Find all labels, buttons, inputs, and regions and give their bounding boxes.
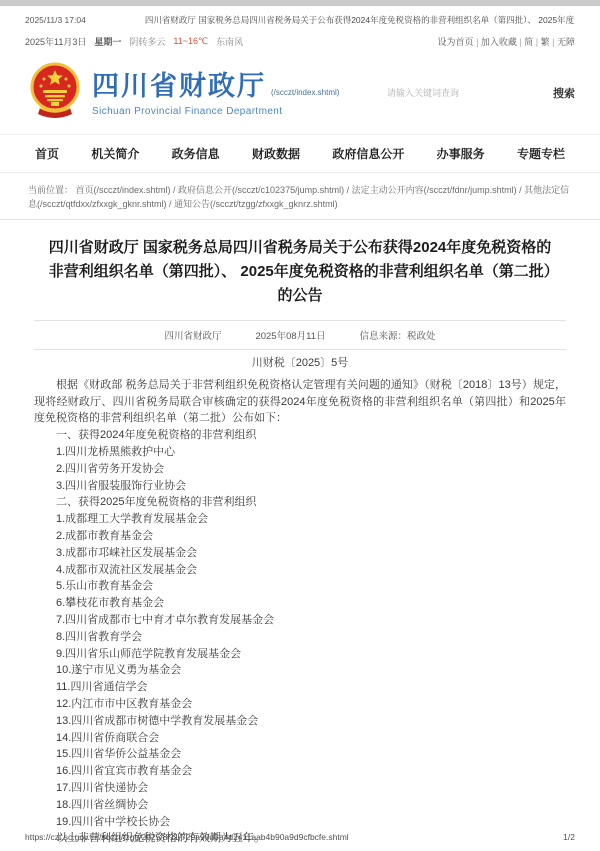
breadcrumb: 当前位置： 首页(/scczt/index.shtml) / 政府信息公开(/s… [0,173,600,220]
topbar-link[interactable]: 设为首页 [438,35,474,48]
org-list-item: 15.四川省华侨公益基金会 [34,746,566,763]
nav-item[interactable]: 专题专栏 [517,145,565,162]
nav-item[interactable]: 机关简介 [91,145,139,162]
print-footer-page-number: 1/2 [563,832,575,842]
org-list-item: 2.四川省劳务开发协会 [34,461,566,478]
meta-info-source: 信息来源：税政处 [360,328,436,342]
topbar-date: 2025年11月3日 [25,35,86,48]
site-name-english: Sichuan Provincial Finance Department [92,106,339,117]
org-list-item: 6.攀枝花市教育基金会 [34,595,566,612]
org-list-item: 17.四川省快递协会 [34,780,566,797]
site-masthead: 四川省财政厅 (/scczt/index.shtml) Sichuan Prov… [0,48,600,128]
topbar-links: 设为首页加入收藏简繁无障 [438,35,575,48]
print-preview-page: 2025/11/3 17:04 四川省财政厅 国家税务总局四川省税务局关于公布获… [0,0,600,851]
article-meta: 四川省财政厅 2025年08月11日 信息来源：税政处 [34,320,566,350]
article-body: 根据《财政部 税务总局关于非营利组织免税资格认定管理有关问题的通知》（财税〔20… [34,377,566,847]
nav-item[interactable]: 首页 [35,145,59,162]
org-list-item: 3.成都市邛崃社区发展基金会 [34,545,566,562]
org-list-item: 13.四川省成都市树德中学教育发展基金会 [34,713,566,730]
document-number: 川财税〔2025〕5号 [34,355,566,372]
section2-list: 1.成都理工大学教育发展基金会2.成都市教育基金会3.成都市邛崃社区发展基金会4… [34,511,566,830]
topbar-link[interactable]: 无障 [550,35,575,48]
breadcrumb-label: 当前位置： [28,185,73,195]
org-list-item: 5.乐山市教育基金会 [34,578,566,595]
topbar-weather: 阴转多云 [129,35,165,48]
paragraph: 根据《财政部 税务总局关于非营利组织免税资格认定管理有关问题的通知》（财税〔20… [34,377,566,427]
print-timestamp: 2025/11/3 17:04 [25,14,86,25]
org-list-item: 10.遂宁市见义勇为基金会 [34,662,566,679]
nav-item[interactable]: 政务信息 [172,145,220,162]
org-list-item: 1.成都理工大学教育发展基金会 [34,511,566,528]
article-title: 四川省财政厅 国家税务总局四川省税务局关于公布获得2024年度免税资格的非营利组… [45,236,555,308]
search-button[interactable]: 搜索 [553,85,575,101]
org-list-item: 7.四川省成都市七中育才卓尔教育发展基金会 [34,612,566,629]
topbar-date-weather: 2025年11月3日 星期一 阴转多云 11~16℃ 东南风 [25,35,243,48]
site-brand[interactable]: 四川省财政厅 (/scczt/index.shtml) Sichuan Prov… [92,64,339,117]
section1-list: 1.四川龙桥黑熊救护中心2.四川省劳务开发协会3.四川省服装服饰行业协会 [34,444,566,494]
org-list-item: 11.四川省通信学会 [34,679,566,696]
print-header: 2025/11/3 17:04 四川省财政厅 国家税务总局四川省税务局关于公布获… [0,6,600,26]
topbar-weekday: 星期一 [94,35,121,48]
org-list-item: 19.四川省中学校长协会 [34,814,566,831]
org-list-item: 2.成都市教育基金会 [34,528,566,545]
meta-publish-date: 2025年08月11日 [255,328,325,342]
print-document-title: 四川省财政厅 国家税务总局四川省税务局关于公布获得2024年度免税资格的非营利组… [145,14,575,26]
nav-item[interactable]: 政府信息公开 [332,145,404,162]
print-footer-url: https://czt.sc.gov.cn/scczt/tzgg/2025/8/… [25,832,349,842]
org-list-item: 16.四川省宜宾市教育基金会 [34,763,566,780]
print-footer: https://czt.sc.gov.cn/scczt/tzgg/2025/8/… [0,832,600,842]
main-navigation: 首页机关简介政务信息财政数据政府信息公开办事服务专题专栏 [0,134,600,173]
org-list-item: 3.四川省服装服饰行业协会 [34,478,566,495]
section2-title: 二、获得2025年度免税资格的非营利组织 [34,494,566,511]
topbar-wind: 东南风 [216,35,243,48]
article: 四川省财政厅 国家税务总局四川省税务局关于公布获得2024年度免税资格的非营利组… [0,236,600,847]
topbar-link[interactable]: 加入收藏 [474,35,517,48]
search-input[interactable] [387,88,507,98]
org-list-item: 4.成都市双流社区发展基金会 [34,562,566,579]
meta-source-org: 四川省财政厅 [164,328,221,342]
section1-title: 一、获得2024年度免税资格的非营利组织 [34,427,566,444]
breadcrumb-trail[interactable]: 首页(/scczt/index.shtml) / 政府信息公开(/scczt/c… [28,185,569,209]
org-list-item: 18.四川省丝绸协会 [34,797,566,814]
site-topbar: 2025年11月3日 星期一 阴转多云 11~16℃ 东南风 设为首页加入收藏简… [0,26,600,48]
org-list-item: 9.四川省乐山师范学院教育发展基金会 [34,646,566,663]
nav-item[interactable]: 办事服务 [437,145,485,162]
topbar-link[interactable]: 简 [517,35,533,48]
site-home-url: (/scczt/index.shtml) [271,88,339,97]
search-zone: 搜索 [387,79,575,101]
china-national-emblem-icon [30,62,80,118]
nav-item[interactable]: 财政数据 [252,145,300,162]
org-list-item: 8.四川省教育学会 [34,629,566,646]
org-list-item: 1.四川龙桥黑熊救护中心 [34,444,566,461]
site-name[interactable]: 四川省财政厅 [92,64,266,103]
topbar-temperature: 11~16℃ [173,36,208,47]
org-list-item: 14.四川省侨商联合会 [34,730,566,747]
org-list-item: 12.内江市市中区教育基金会 [34,696,566,713]
topbar-link[interactable]: 繁 [533,35,549,48]
